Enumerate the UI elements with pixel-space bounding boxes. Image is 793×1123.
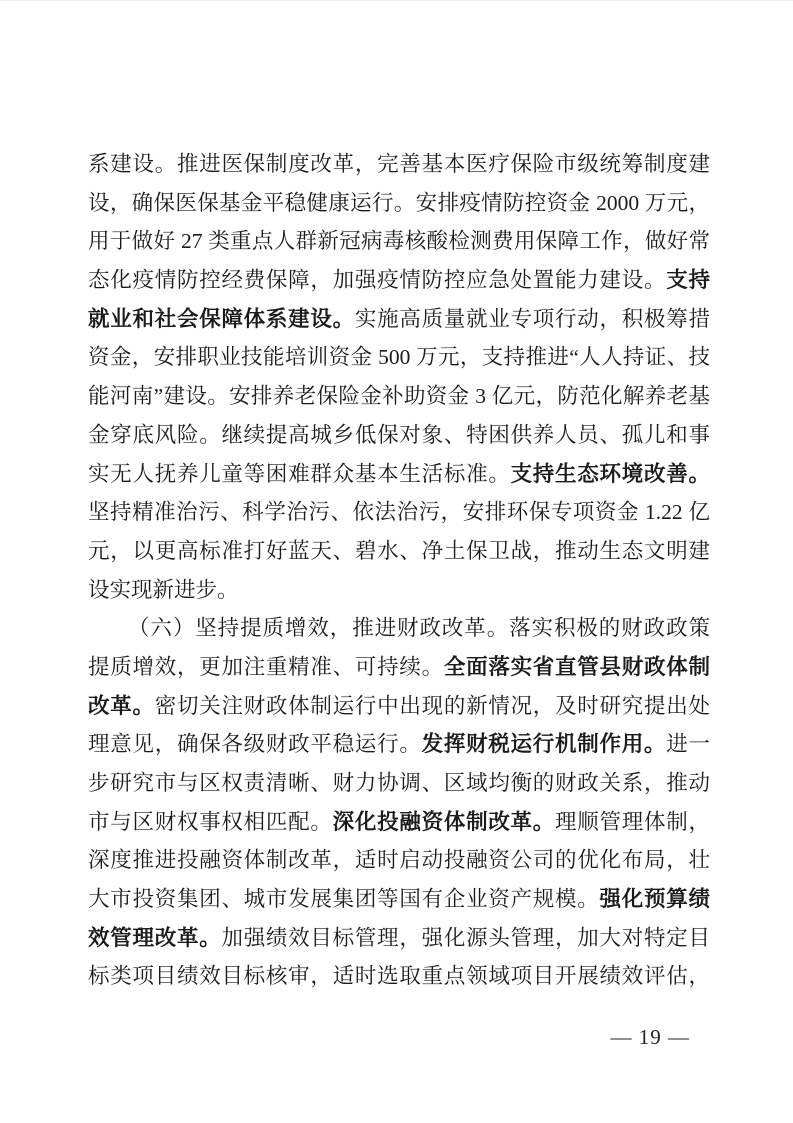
- text-line: （六）坚持提质增效，推进财政改革。落实积极的财政政策: [88, 609, 710, 648]
- text-segment: 密切关注财政体制运行中出现的新情况，及时研究提出处: [155, 694, 710, 718]
- text-segment: 市与区财权事权相匹配。: [88, 810, 333, 834]
- bold-text-segment: 强化预算绩: [600, 887, 710, 911]
- text-line: 步研究市与区权责清晰、财力协调、区域均衡的财政关系，推动: [88, 764, 710, 803]
- document-text: 系建设。推进医保制度改革，完善基本医疗保险市级统筹制度建设，确保医保基金平稳健康…: [88, 145, 710, 996]
- bold-text-segment: 效管理改革。: [88, 926, 221, 950]
- text-line: 标类项目绩效目标核审，适时选取重点领域项目开展绩效评估，: [88, 957, 710, 996]
- text-line: 金穿底风险。继续提高城乡低保对象、特困供养人员、孤儿和事: [88, 416, 710, 455]
- text-segment: 元，以更高标准打好蓝天、碧水、净土保卫战，推动生态文明建: [88, 539, 710, 563]
- text-line: 用于做好 27 类重点人群新冠病毒核酸检测费用保障工作，做好常: [88, 222, 710, 261]
- text-line: 元，以更高标准打好蓝天、碧水、净土保卫战，推动生态文明建: [88, 532, 710, 571]
- text-line: 市与区财权事权相匹配。深化投融资体制改革。理顺管理体制，: [88, 803, 710, 842]
- text-line: 改革。密切关注财政体制运行中出现的新情况，及时研究提出处: [88, 687, 710, 726]
- bold-text-segment: 支持生态环境改善。: [511, 462, 710, 486]
- bold-text-segment: 改革。: [88, 694, 155, 718]
- text-line: 实无人抚养儿童等困难群众基本生活标准。支持生态环境改善。: [88, 455, 710, 494]
- text-segment: 用于做好 27 类重点人群新冠病毒核酸检测费用保障工作，做好常: [88, 229, 710, 253]
- text-segment: 设，确保医保基金平稳健康运行。安排疫情防控资金 2000 万元，: [88, 191, 710, 215]
- text-segment: 理意见，确保各级财政平稳运行。: [88, 732, 422, 756]
- text-segment: 系建设。推进医保制度改革，完善基本医疗保险市级统筹制度建: [88, 152, 710, 176]
- text-segment: （六）坚持提质增效，推进财政改革。落实积极的财政政策: [128, 616, 710, 640]
- text-segment: 进一: [666, 732, 710, 756]
- bold-text-segment: 深化投融资体制改革。: [333, 810, 555, 834]
- text-line: 资金，安排职业技能培训资金 500 万元，支持推进“人人持证、技: [88, 338, 710, 377]
- text-segment: 大市投资集团、城市发展集团等国有企业资产规模。: [88, 887, 600, 911]
- text-segment: 资金，安排职业技能培训资金 500 万元，支持推进“人人持证、技: [88, 345, 710, 369]
- text-line: 就业和社会保障体系建设。实施高质量就业专项行动，积极筹措: [88, 300, 710, 339]
- text-line: 深度推进投融资体制改革，适时启动投融资公司的优化布局，壮: [88, 841, 710, 880]
- text-segment: 设实现新进步。: [88, 578, 239, 602]
- bold-text-segment: 就业和社会保障体系建设。: [88, 307, 355, 331]
- text-segment: 步研究市与区权责清晰、财力协调、区域均衡的财政关系，推动: [88, 771, 710, 795]
- text-segment: 实施高质量就业专项行动，积极筹措: [355, 307, 710, 331]
- text-segment: 能河南”建设。安排养老保险金补助资金 3 亿元，防范化解养老基: [88, 384, 710, 408]
- page-number: — 19 —: [611, 1025, 691, 1049]
- text-line: 设实现新进步。: [88, 571, 710, 610]
- text-line: 系建设。推进医保制度改革，完善基本医疗保险市级统筹制度建: [88, 145, 710, 184]
- text-line: 态化疫情防控经费保障，加强疫情防控应急处置能力建设。支持: [88, 261, 710, 300]
- text-segment: 实无人抚养儿童等困难群众基本生活标准。: [88, 462, 511, 486]
- text-line: 坚持精准治污、科学治污、依法治污，安排环保专项资金 1.22 亿: [88, 493, 710, 532]
- text-segment: 态化疫情防控经费保障，加强疫情防控应急处置能力建设。: [88, 268, 666, 292]
- text-segment: 加强绩效目标管理，强化源头管理，加大对特定目: [221, 926, 710, 950]
- text-line: 能河南”建设。安排养老保险金补助资金 3 亿元，防范化解养老基: [88, 377, 710, 416]
- document-page: 系建设。推进医保制度改革，完善基本医疗保险市级统筹制度建设，确保医保基金平稳健康…: [0, 0, 793, 1123]
- text-segment: 标类项目绩效目标核审，适时选取重点领域项目开展绩效评估，: [88, 964, 710, 988]
- text-segment: 坚持精准治污、科学治污、依法治污，安排环保专项资金 1.22 亿: [88, 500, 710, 524]
- text-segment: 提质增效，更加注重精准、可持续。: [88, 655, 444, 679]
- text-segment: 深度推进投融资体制改革，适时启动投融资公司的优化布局，壮: [88, 848, 710, 872]
- bold-text-segment: 发挥财税运行机制作用。: [422, 732, 667, 756]
- text-segment: 理顺管理体制，: [555, 810, 710, 834]
- text-line: 理意见，确保各级财政平稳运行。发挥财税运行机制作用。进一: [88, 725, 710, 764]
- bold-text-segment: 全面落实省直管县财政体制: [444, 655, 710, 679]
- bold-text-segment: 支持: [666, 268, 710, 292]
- text-line: 提质增效，更加注重精准、可持续。全面落实省直管县财政体制: [88, 648, 710, 687]
- text-line: 设，确保医保基金平稳健康运行。安排疫情防控资金 2000 万元，: [88, 184, 710, 223]
- text-segment: 金穿底风险。继续提高城乡低保对象、特困供养人员、孤儿和事: [88, 423, 710, 447]
- text-line: 大市投资集团、城市发展集团等国有企业资产规模。强化预算绩: [88, 880, 710, 919]
- text-line: 效管理改革。加强绩效目标管理，强化源头管理，加大对特定目: [88, 919, 710, 958]
